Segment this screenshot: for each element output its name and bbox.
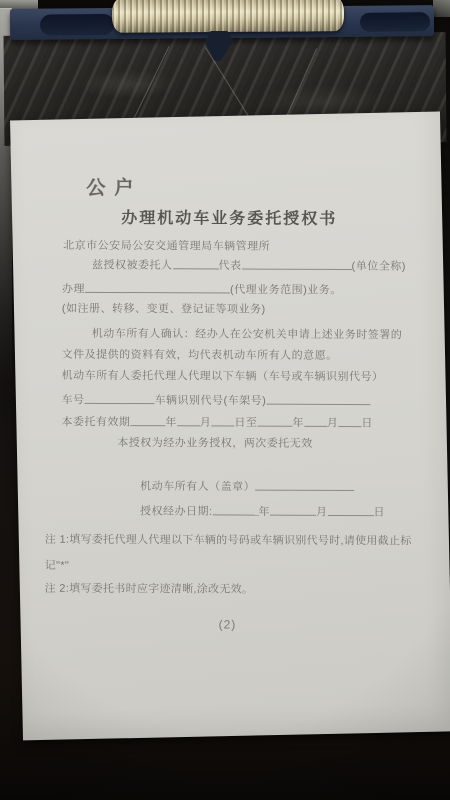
note-2: 注 2:填写委托书时应字迹清晰,涂改无效。 — [45, 576, 254, 603]
validity-period-line: 本委托有效期年月日至年月日 — [61, 414, 373, 432]
authorize-line: 兹授权被委托人代表(单位全称) — [92, 257, 406, 275]
plate-vin-line: 车号车辆识别代号(车架号) — [61, 392, 370, 410]
handwritten-note: 公户 — [86, 176, 142, 202]
note-1: 注 1:填写委托代理人代理以下车辆的号码或车辆识别代号时,请使用截止标记"*" — [45, 527, 419, 581]
clip-metal-bar — [112, 0, 344, 33]
authorize-date-line: 授权经办日期:年月日 — [140, 503, 385, 520]
business-scope-note-line: (如注册、转移、变更、登记证等项业务) — [62, 302, 266, 318]
blank-field — [266, 394, 370, 406]
blank-field — [84, 393, 154, 405]
single-use-line: 本授权为经办业务授权，两次委托无效 — [117, 436, 313, 452]
owner-confirm-line-2: 文件及提供的资料有效，均代表机动车所有人的意愿。 — [62, 348, 338, 364]
owner-confirm-line-1: 机动车所有人确认：经办人在公安机关申请上述业务时签署的 — [92, 327, 403, 343]
blank-field — [338, 416, 361, 428]
entrust-vehicle-line: 机动车所有人委托代理人代理以下车辆（车号或车辆识别代号） — [62, 369, 384, 385]
blank-field — [257, 416, 292, 428]
blank-field — [177, 415, 200, 427]
blank-field — [328, 505, 374, 517]
blank-field — [242, 259, 352, 271]
blank-field — [85, 282, 230, 294]
handle-line: 办理(代理业务范围)业务。 — [62, 281, 342, 299]
blank-field — [213, 504, 259, 516]
recipient-line: 北京市公安局公安交通管理局车辆管理所 — [63, 239, 270, 255]
blank-field — [211, 415, 234, 427]
page-number: (2) — [12, 616, 442, 634]
clip-lever-left — [40, 14, 114, 36]
document-content: 公户办理机动车业务委托授权书北京市公安局公安交通管理局车辆管理所兹授权被委托人代… — [12, 116, 445, 738]
owner-seal-line: 机动车所有人（盖章） — [140, 478, 354, 495]
blank-field — [255, 480, 354, 492]
clip-lever-right — [360, 12, 430, 32]
blank-field — [130, 415, 165, 427]
document-title: 办理机动车业务委托授权书 — [14, 208, 444, 231]
blank-field — [173, 258, 219, 270]
blank-field — [270, 505, 316, 517]
paper-sheet: 公户办理机动车业务委托授权书北京市公安局公安交通管理局车辆管理所兹授权被委托人代… — [10, 111, 450, 740]
blank-field — [304, 416, 327, 428]
background-light-corner-right — [433, 0, 450, 17]
